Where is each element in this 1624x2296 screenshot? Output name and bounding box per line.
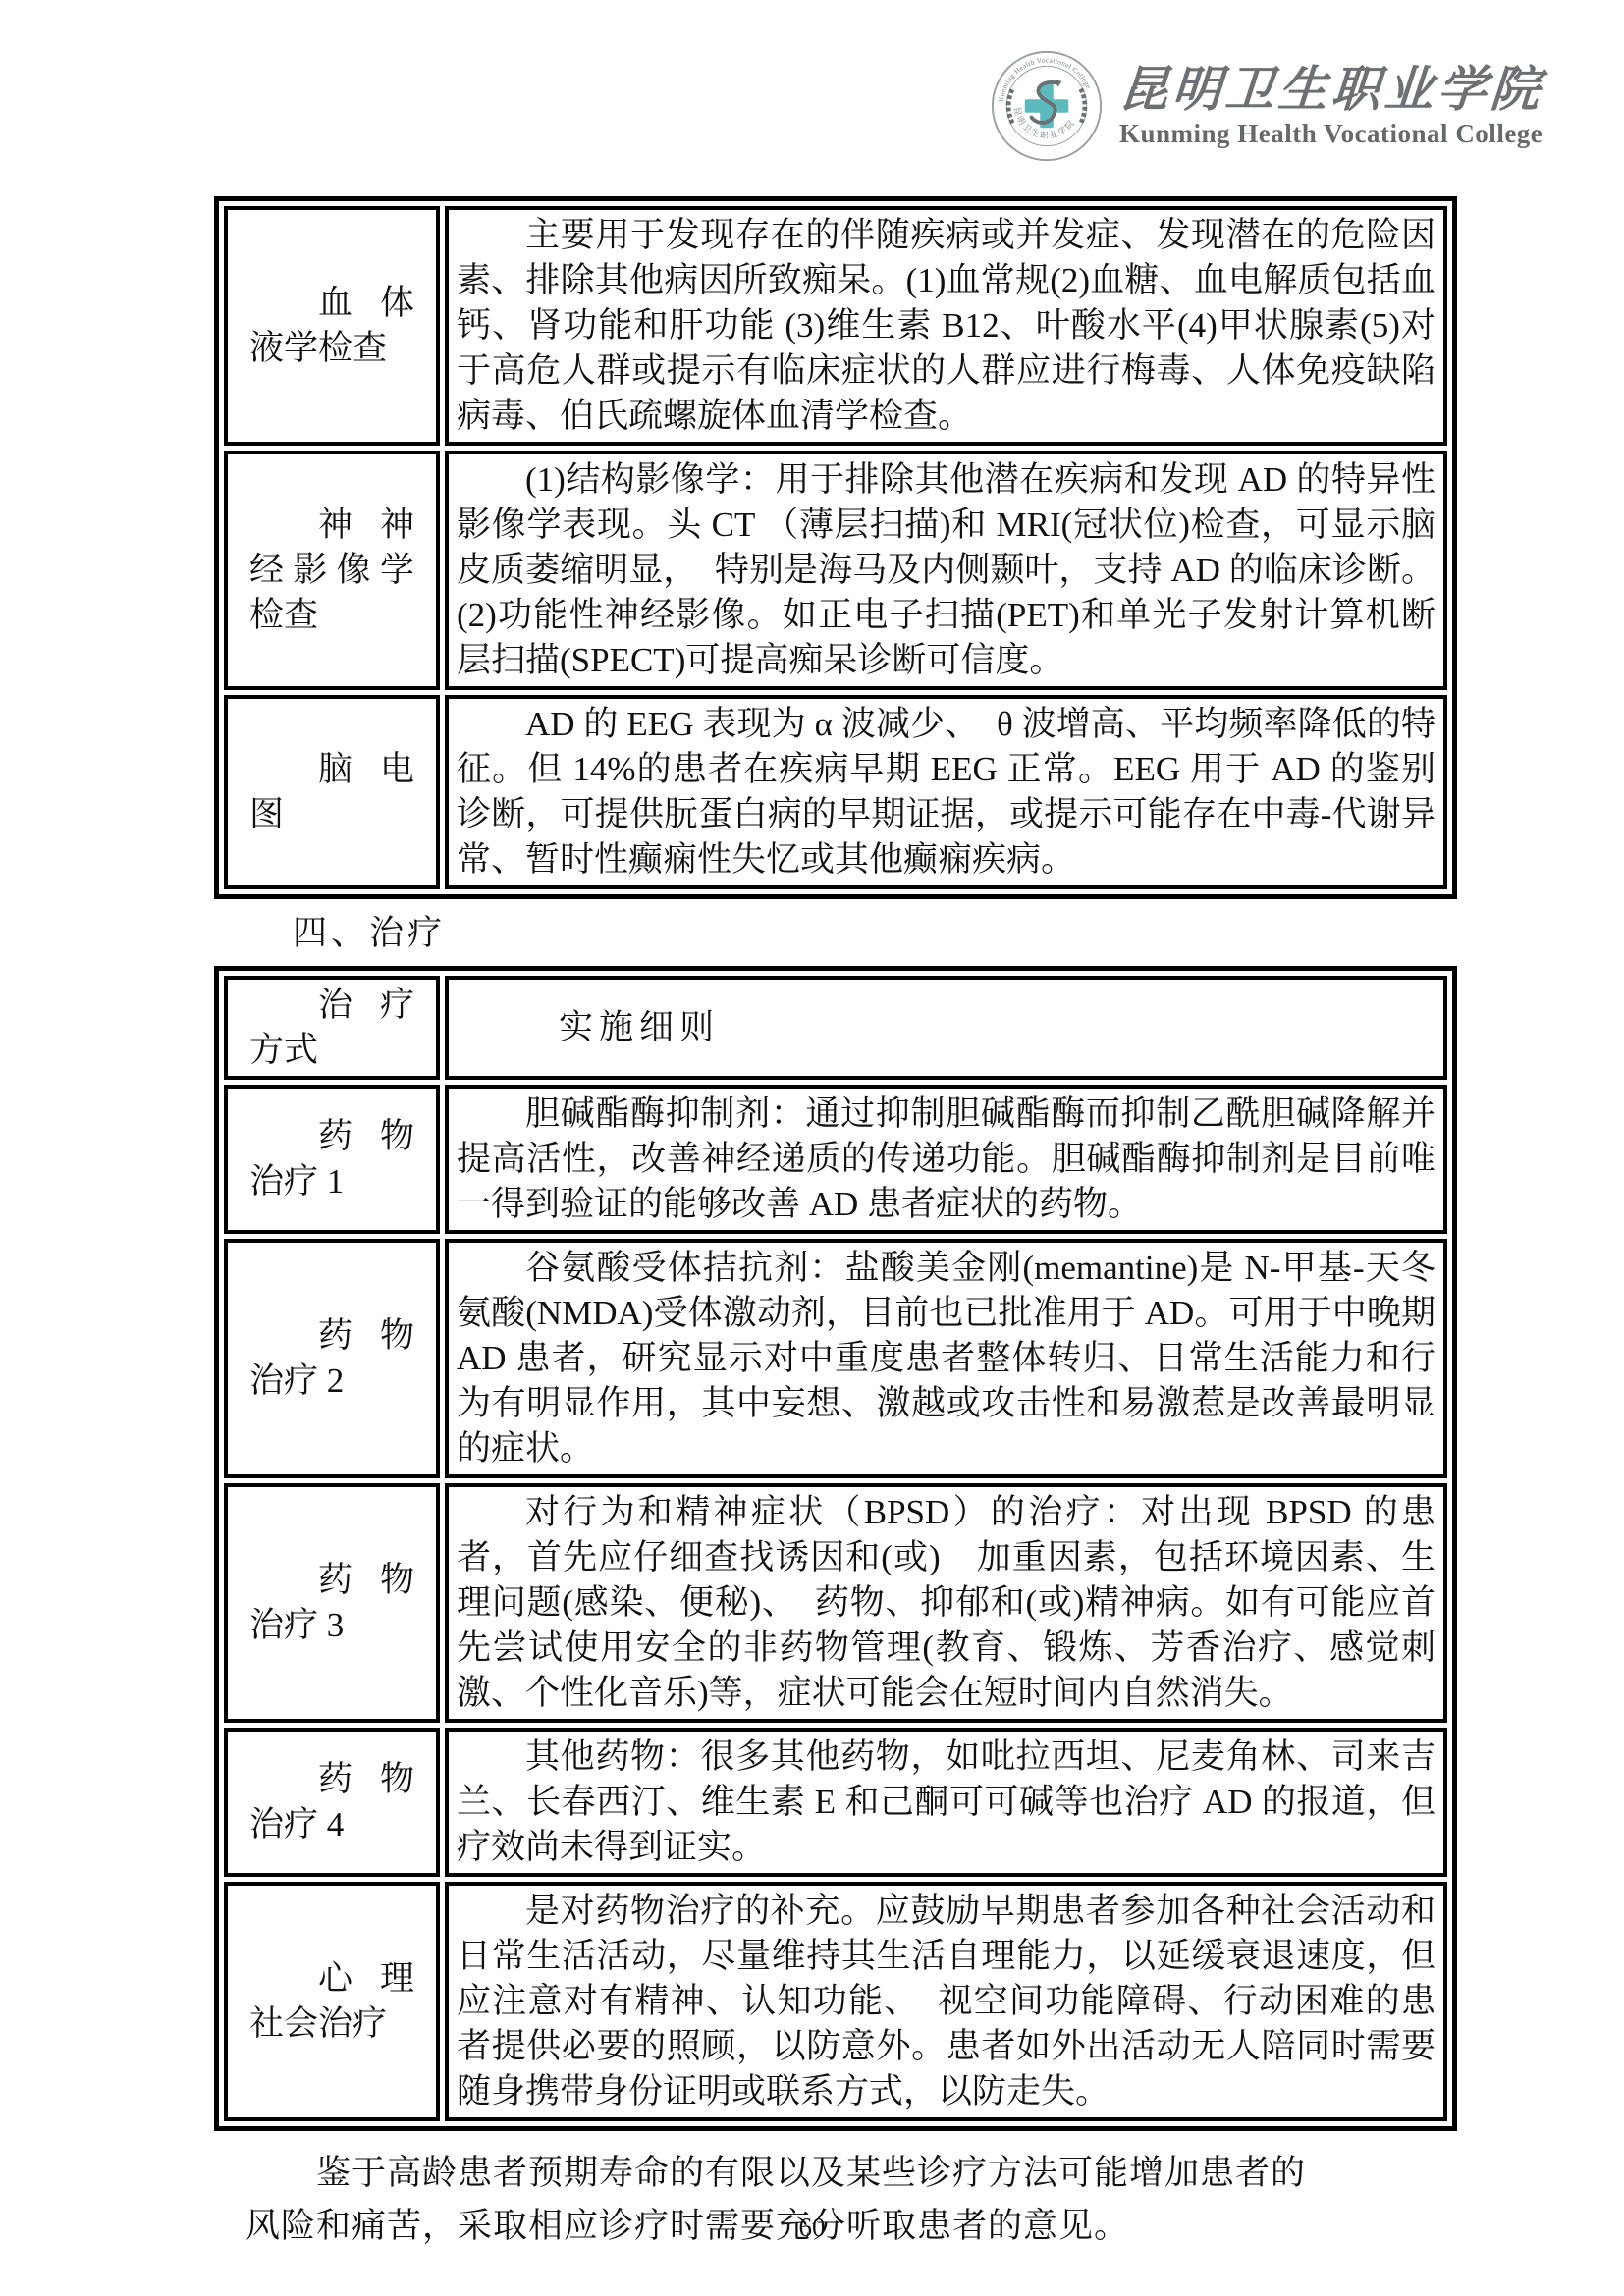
college-name-cn: 昆明卫生职业学院 [1117,62,1545,117]
row-label-cell: 药物治疗 4 [224,1728,440,1877]
row-label: 心理社会治疗 [249,1956,414,2047]
college-logo: Kunming Health Vocational College 昆明卫生职业… [990,49,1543,163]
row-label-cell: 药物治疗 2 [224,1239,440,1478]
table-row: 药物治疗 2 谷氨酸受体拮抗剂：盐酸美金刚(memantine)是 N-甲基-天… [224,1239,1447,1478]
table-row: 药物治疗 3 对行为和精神症状（BPSD）的治疗：对出现 BPSD 的患者，首先… [224,1483,1447,1723]
row-text: 谷氨酸受体拮抗剂：盐酸美金刚(memantine)是 N-甲基-天冬氨酸(NMD… [457,1246,1435,1471]
row-label: 药物治疗 3 [249,1558,414,1648]
row-text-cell: 谷氨酸受体拮抗剂：盐酸美金刚(memantine)是 N-甲基-天冬氨酸(NMD… [445,1239,1447,1478]
row-text-cell: 对行为和精神症状（BPSD）的治疗：对出现 BPSD 的患者，首先应仔细查找诱因… [445,1483,1447,1723]
row-label: 药物治疗 4 [249,1757,414,1847]
section-heading: 四、治疗 [214,911,1457,956]
page-number: 60 [0,2213,1624,2243]
row-label-cell: 心理社会治疗 [224,1882,440,2121]
college-name-block: 昆明卫生职业学院 Kunming Health Vocational Colle… [1119,62,1543,150]
row-label: 药物治疗 2 [249,1313,414,1404]
row-label-cell: 脑电图 [224,695,440,889]
row-text: 是对药物治疗的补充。应鼓励早期患者参加各种社会活动和日常生活活动，尽量维持其生活… [457,1889,1435,2114]
closing-line: 鉴于高龄患者预期寿命的有限以及某些诊疗方法可能增加患者的 [245,2147,1457,2200]
table-header-row: 治疗方式 实施细则 [224,976,1447,1080]
document-page: Kunming Health Vocational College 昆明卫生职业… [0,0,1624,2296]
table-row: 药物治疗 1 胆碱酯酶抑制剂：通过抑制胆碱酯酶而抑制乙酰胆碱降解并提高活性，改善… [224,1085,1447,1234]
row-text: 其他药物：很多其他药物，如吡拉西坦、尼麦角林、司来吉兰、长春西汀、维生素 E 和… [457,1735,1435,1870]
row-text: AD 的 EEG 表现为 α 波减少、 θ 波增高、平均频率降低的特征。但 14… [457,702,1435,882]
table-row: 心理社会治疗 是对药物治疗的补充。应鼓励早期患者参加各种社会活动和日常生活活动，… [224,1882,1447,2121]
row-text: 对行为和精神症状（BPSD）的治疗：对出现 BPSD 的患者，首先应仔细查找诱因… [457,1490,1435,1716]
row-text-cell: 是对药物治疗的补充。应鼓励早期患者参加各种社会活动和日常生活活动，尽量维持其生活… [445,1882,1447,2121]
row-text-cell: 主要用于发现存在的伴随疾病或并发症、发现潜在的危险因素、排除其他病因所致痴呆。(… [445,206,1447,446]
row-label-cell: 药物治疗 1 [224,1085,440,1234]
table-row: 脑电图 AD 的 EEG 表现为 α 波减少、 θ 波增高、平均频率降低的特征。… [224,695,1447,889]
header-col2: 实施细则 [457,1005,1435,1050]
table-row: 药物治疗 4 其他药物：很多其他药物，如吡拉西坦、尼麦角林、司来吉兰、长春西汀、… [224,1728,1447,1877]
row-text-cell: 胆碱酯酶抑制剂：通过抑制胆碱酯酶而抑制乙酰胆碱降解并提高活性，改善神经递质的传递… [445,1085,1447,1234]
row-label-cell: 药物治疗 3 [224,1483,440,1723]
row-label-cell: 神神经影像学检查 [224,451,440,690]
row-label: 神神经影像学检查 [249,503,414,638]
college-name-en: Kunming Health Vocational College [1119,117,1543,150]
row-text: (1)结构影像学：用于排除其他潜在疾病和发现 AD 的特异性影像学表现。头 CT… [457,457,1435,683]
table-row: 血体液学检查 主要用于发现存在的伴随疾病或并发症、发现潜在的危险因素、排除其他病… [224,206,1447,446]
row-text: 胆碱酯酶抑制剂：通过抑制胆碱酯酶而抑制乙酰胆碱降解并提高活性，改善神经递质的传递… [457,1092,1435,1227]
row-text: 主要用于发现存在的伴随疾病或并发症、发现潜在的危险因素、排除其他病因所致痴呆。(… [457,213,1435,439]
header-col1: 治疗方式 [249,983,414,1073]
table-row: 神神经影像学检查 (1)结构影像学：用于排除其他潜在疾病和发现 AD 的特异性影… [224,451,1447,690]
row-label: 脑电图 [249,747,414,837]
college-seal-icon: Kunming Health Vocational College 昆明卫生职业… [990,49,1104,163]
row-label-cell: 血体液学检查 [224,206,440,446]
row-text-cell: 其他药物：很多其他药物，如吡拉西坦、尼麦角林、司来吉兰、长春西汀、维生素 E 和… [445,1728,1447,1877]
page-content: 血体液学检查 主要用于发现存在的伴随疾病或并发症、发现潜在的危险因素、排除其他病… [214,196,1457,2253]
row-text-cell: (1)结构影像学：用于排除其他潜在疾病和发现 AD 的特异性影像学表现。头 CT… [445,451,1447,690]
exam-table: 血体液学检查 主要用于发现存在的伴随疾病或并发症、发现潜在的危险因素、排除其他病… [214,196,1457,899]
header-col2-cell: 实施细则 [445,976,1447,1080]
treatment-table: 治疗方式 实施细则 药物治疗 1 胆碱酯酶抑制剂：通过抑制胆碱酯酶而抑制乙酰胆碱… [214,966,1457,2131]
row-text-cell: AD 的 EEG 表现为 α 波减少、 θ 波增高、平均频率降低的特征。但 14… [445,695,1447,889]
row-label: 血体液学检查 [249,281,414,371]
row-label: 药物治疗 1 [249,1114,414,1204]
header-col1-cell: 治疗方式 [224,976,440,1080]
